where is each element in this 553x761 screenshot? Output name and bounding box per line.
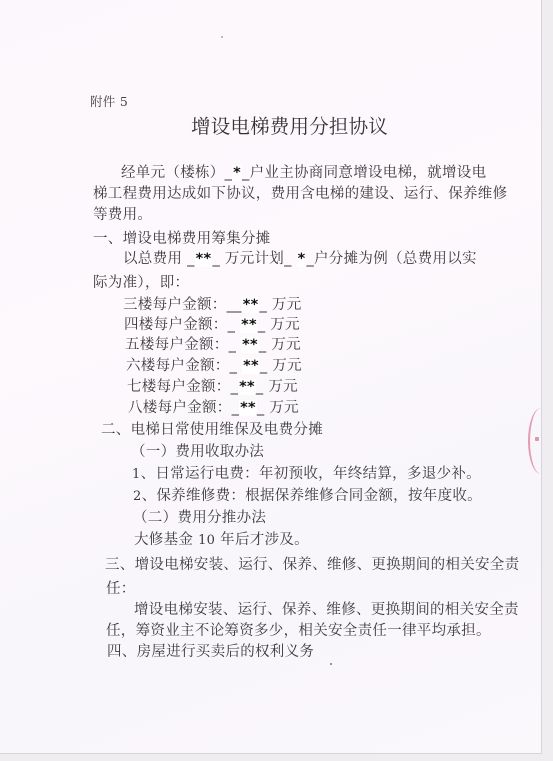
floor-label: 八楼每户金额：_ (128, 400, 239, 416)
floor-label: 四楼每户金额：_ (124, 317, 240, 333)
intro-line-1: 经单元（楼栋）_*_户业主协商同意增设电梯，就增设电 (121, 164, 486, 182)
floor-label: 六楼每户金额：_ (126, 358, 242, 374)
floor-amount-row: 五楼每户金额：_ **_ 万元 (125, 336, 301, 354)
seal-mark (535, 437, 539, 441)
scan-speck (221, 36, 223, 38)
item-number: 2 (133, 489, 142, 504)
redacted-amount: ** (238, 379, 256, 395)
scanned-page: 附件 5 增设电梯费用分担协议 经单元（楼栋）_*_户业主协商同意增设电梯，就增… (0, 0, 542, 754)
section-1-para-line-1: 以总费用 _**_ 万元计划_ *_户分摊为例（总费用以实 (123, 250, 477, 268)
amount-unit: _ 万元 (259, 337, 301, 353)
section-4-heading: 四、房屋进行买卖后的权利义务 (107, 643, 314, 661)
section-2-sub-1-heading: （一）费用收取办法 (131, 443, 264, 461)
section-1-para-line-2: 际为准），即： (93, 274, 189, 292)
intro-line-3: 等费用。 (93, 206, 152, 224)
redacted-amount: ** (240, 317, 258, 333)
amount-unit: _ 万元 (260, 358, 302, 374)
intro-text: 经单元（楼栋）_ (121, 165, 232, 181)
floor-amount-row: 三楼每户金额：__**_ 万元 (123, 296, 302, 314)
section-2-sub-2-heading: （二）费用分推办法 (133, 509, 266, 527)
para-text: 以总费用 _ (123, 251, 195, 267)
intro-line-2: 梯工程费用达成如下协议，费用含电梯的建设、运行、保养维修 (93, 185, 507, 203)
floor-amount-row: 四楼每户金额：_ **_ 万元 (124, 316, 300, 334)
document-title: 增设电梯费用分担协议 (191, 115, 388, 139)
redacted-amount: ** (241, 337, 259, 353)
amount-unit: _ 万元 (258, 317, 300, 333)
amount-unit: _ 万元 (257, 400, 299, 416)
item-text: 、保养维修费：根据保养维修合同金额，按年度收。 (142, 488, 482, 504)
years-number: 10 (198, 533, 215, 548)
floor-amount-row: 七楼每户金额：_**_ 万元 (127, 378, 298, 396)
section-2-item-1: 1、日常运行电费：年初预收，年终结算，多退少补。 (132, 465, 481, 484)
floor-label: 七楼每户金额：_ (127, 379, 238, 395)
para-text: _ 万元计划_ (212, 251, 296, 267)
intro-text: _户业主协商同意增设电梯，就增设电 (242, 165, 486, 181)
section-2-item-2: 2、保养维修费：根据保养维修合同金额，按年度收。 (133, 487, 482, 506)
section-3-para-line-2: 任，筹资业主不论筹资多少，相关安全责任一律平均承担。 (106, 622, 491, 640)
attachment-label: 附件 5 (90, 93, 128, 111)
amount-unit: _ 万元 (256, 379, 298, 395)
note-text: 大修基金 (134, 532, 198, 548)
item-number: 1 (132, 467, 141, 482)
redacted-household-plan: * (297, 251, 307, 267)
section-3-para-line-1: 增设电梯安装、运行、保养、维修、更换期间的相关安全责 (134, 601, 519, 619)
redacted-amount: ** (242, 297, 260, 313)
floor-amount-row: 八楼每户金额：_**_ 万元 (128, 399, 299, 417)
note-text: 年后才涉及。 (215, 532, 309, 548)
para-text: _户分摊为例（总费用以实 (306, 251, 476, 267)
section-3-heading-line-1: 三、增设电梯安装、运行、保养、维修、更换期间的相关安全责 (105, 556, 519, 574)
section-3-heading-line-2: 任： (106, 580, 136, 598)
partial-red-seal-icon (528, 408, 553, 474)
redacted-amount: ** (242, 358, 260, 374)
floor-label: 五楼每户金额：_ (125, 337, 241, 353)
section-2-heading: 二、电梯日常使用维保及电费分摊 (101, 421, 323, 439)
floor-label: 三楼每户金额：__ (123, 297, 242, 313)
section-1-heading: 一、增设电梯费用筹集分摊 (93, 230, 271, 248)
floor-amount-row: 六楼每户金额：_ **_ 万元 (126, 357, 302, 375)
section-2-fund-note: 大修基金 10 年后才涉及。 (134, 531, 309, 550)
redacted-amount: ** (239, 400, 257, 416)
redacted-household-count: * (232, 165, 242, 181)
item-text: 、日常运行电费：年初预收，年终结算，多退少补。 (141, 466, 481, 482)
amount-unit: _ 万元 (259, 297, 301, 313)
scan-speck (330, 663, 332, 665)
redacted-total-cost: ** (195, 251, 213, 267)
